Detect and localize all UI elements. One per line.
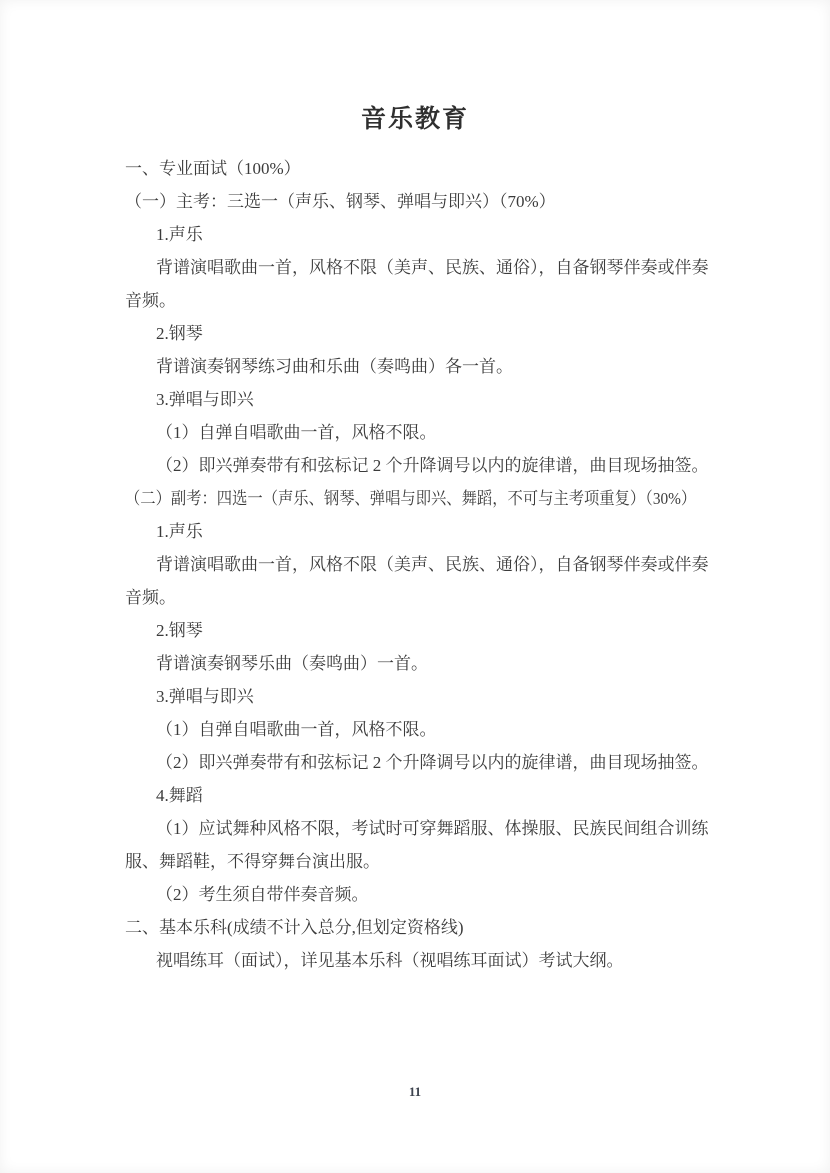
text-line: 一、专业面试（100%） — [125, 152, 740, 185]
text-line: 服、舞蹈鞋，不得穿舞台演出服。 — [125, 845, 740, 878]
text-line: （2）即兴弹奏带有和弦标记 2 个升降调号以内的旋律谱，曲目现场抽签。 — [156, 746, 740, 779]
text-line: （二）副考：四选一（声乐、钢琴、弹唱与即兴、舞蹈，不可与主考项重复）（30%） — [125, 482, 679, 515]
text-line: 1.声乐 — [156, 515, 740, 548]
text-line: 视唱练耳（面试），详见基本乐科（视唱练耳面试）考试大纲。 — [156, 944, 740, 977]
text-line: 3.弹唱与即兴 — [156, 383, 740, 416]
text-line: 3.弹唱与即兴 — [156, 680, 740, 713]
text-line: 音频。 — [125, 284, 740, 317]
text-line: 音频。 — [125, 581, 740, 614]
text-line: （1）自弹自唱歌曲一首，风格不限。 — [156, 713, 740, 746]
page-number: 11 — [0, 1084, 830, 1100]
text-line: （2）即兴弹奏带有和弦标记 2 个升降调号以内的旋律谱，曲目现场抽签。 — [156, 449, 740, 482]
text-line: 2.钢琴 — [156, 614, 740, 647]
text-line: 背谱演奏钢琴乐曲（奏鸣曲）一首。 — [156, 647, 740, 680]
text-line: 4.舞蹈 — [156, 779, 740, 812]
text-line: （1）自弹自唱歌曲一首，风格不限。 — [156, 416, 740, 449]
text-line: （1）应试舞种风格不限，考试时可穿舞蹈服、体操服、民族民间组合训练 — [156, 812, 740, 845]
text-line: 背谱演奏钢琴练习曲和乐曲（奏鸣曲）各一首。 — [156, 350, 740, 383]
text-line: （一）主考：三选一（声乐、钢琴、弹唱与即兴）（70%） — [125, 185, 740, 218]
page-title: 音乐教育 — [0, 0, 830, 138]
text-line: 2.钢琴 — [156, 317, 740, 350]
text-line: （2）考生须自带伴奏音频。 — [156, 878, 740, 911]
document-lines: 一、专业面试（100%）（一）主考：三选一（声乐、钢琴、弹唱与即兴）（70%）1… — [0, 152, 830, 977]
text-line: 1.声乐 — [156, 218, 740, 251]
text-line: 二、基本乐科(成绩不计入总分,但划定资格线) — [125, 911, 740, 944]
document-page: 音乐教育 一、专业面试（100%）（一）主考：三选一（声乐、钢琴、弹唱与即兴）（… — [0, 0, 830, 1173]
text-line: 背谱演唱歌曲一首，风格不限（美声、民族、通俗），自备钢琴伴奏或伴奏 — [156, 251, 740, 284]
text-line: 背谱演唱歌曲一首，风格不限（美声、民族、通俗），自备钢琴伴奏或伴奏 — [156, 548, 740, 581]
